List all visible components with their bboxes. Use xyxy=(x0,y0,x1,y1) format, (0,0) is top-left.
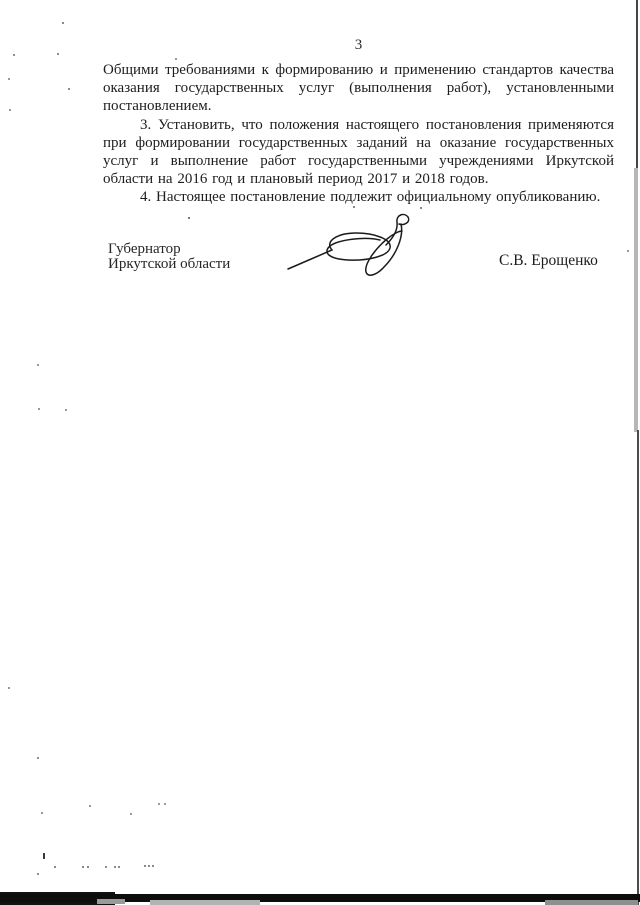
scan-border-right-middle xyxy=(634,168,638,432)
scan-artifact-bar xyxy=(0,894,640,902)
signer-name: С.В. Ерощенко xyxy=(499,252,598,270)
scan-artifact-gray-patch xyxy=(545,900,638,905)
scan-artifact-gray-patch xyxy=(150,900,260,905)
paragraph-item-3: 3. Установить, что положения настоящего … xyxy=(103,116,614,189)
handwritten-signature xyxy=(280,203,430,288)
document-page: 3 Общими требованиями к формированию и п… xyxy=(0,0,640,905)
scan-border-right-top xyxy=(636,0,638,170)
document-body: Общими требованиями к формированию и при… xyxy=(103,61,614,207)
signer-title-line1: Губернатор xyxy=(108,242,230,257)
signer-title-line2: Иркутской области xyxy=(108,257,230,272)
scan-noise-speckles xyxy=(0,0,2,2)
signer-title: Губернатор Иркутской области xyxy=(108,242,230,272)
scan-border-right-bottom xyxy=(637,430,639,905)
scan-tick-mark xyxy=(43,853,45,859)
page-number: 3 xyxy=(103,37,614,54)
scan-artifact-gray-patch xyxy=(97,899,125,904)
paragraph-continuation: Общими требованиями к формированию и при… xyxy=(103,61,614,116)
